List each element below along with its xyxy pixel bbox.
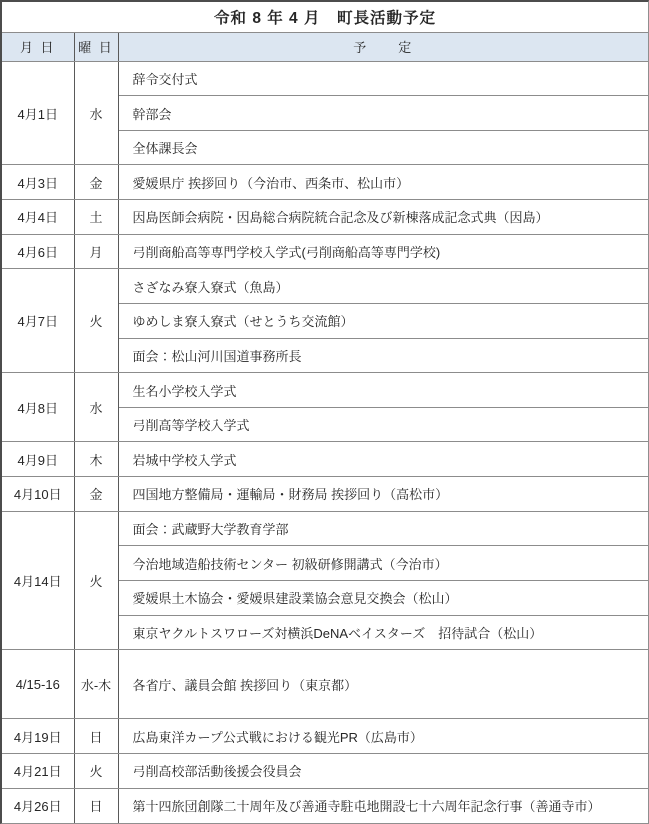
- schedule-item-cell: 四国地方整備局・運輸局・財務局 挨拶回り（高松市）: [118, 477, 648, 512]
- date-cell: 4月10日: [2, 477, 74, 512]
- schedule-item-cell: 面会：武蔵野大学教育学部: [118, 511, 648, 546]
- schedule-row: 4月1日水辞令交付式: [2, 61, 648, 96]
- schedule-item-cell: さざなみ寮入寮式（魚島）: [118, 269, 648, 304]
- day-of-week-cell: 月: [74, 234, 118, 269]
- schedule-row: 4月3日金愛媛県庁 挨拶回り（今治市、西条市、松山市）: [2, 165, 648, 200]
- day-of-week-cell: 火: [74, 269, 118, 373]
- schedule-item-cell: 因島医師会病院・因島総合病院統合記念及び新棟落成記念式典（因島）: [118, 200, 648, 235]
- column-header-day: 曜 日: [74, 33, 118, 62]
- schedule-item-cell: 弓削高等学校入学式: [118, 407, 648, 442]
- schedule-item-cell: 全体課長会: [118, 130, 648, 165]
- day-of-week-cell: 金: [74, 477, 118, 512]
- schedule-row: 4月10日金四国地方整備局・運輸局・財務局 挨拶回り（高松市）: [2, 477, 648, 512]
- schedule-item-cell: 東京ヤクルトスワローズ対横浜DeNAベイスターズ 招待試合（松山）: [118, 615, 648, 650]
- day-of-week-cell: 木: [74, 442, 118, 477]
- date-cell: 4月14日: [2, 511, 74, 650]
- date-cell: 4月9日: [2, 442, 74, 477]
- schedule-row: 4月14日火面会：武蔵野大学教育学部: [2, 511, 648, 546]
- schedule-row: 4月8日水生名小学校入学式: [2, 373, 648, 408]
- schedule-row: 4月9日木岩城中学校入学式: [2, 442, 648, 477]
- schedule-item-cell: 幹部会: [118, 96, 648, 131]
- schedule-item-cell: 今治地域造船技術センター 初級研修開講式（今治市）: [118, 546, 648, 581]
- date-cell: 4月7日: [2, 269, 74, 373]
- day-of-week-cell: 水: [74, 373, 118, 442]
- activity-schedule-table: 令和 8 年 4 月 町長活動予定 月 日 曜 日 予 定 4月1日水辞令交付式…: [2, 2, 648, 823]
- schedule-row: 4月4日土因島医師会病院・因島総合病院統合記念及び新棟落成記念式典（因島）: [2, 200, 648, 235]
- date-cell: 4月19日: [2, 719, 74, 754]
- schedule-item-cell: 弓削高校部活動後援会役員会: [118, 754, 648, 789]
- schedule-item-cell: 広島東洋カープ公式戦における観光PR（広島市）: [118, 719, 648, 754]
- schedule-row: 4月19日日広島東洋カープ公式戦における観光PR（広島市）: [2, 719, 648, 754]
- day-of-week-cell: 金: [74, 165, 118, 200]
- schedule-item-cell: 愛媛県土木協会・愛媛県建設業協会意見交換会（松山）: [118, 580, 648, 615]
- schedule-item-cell: 面会：松山河川国道事務所長: [118, 338, 648, 373]
- schedule-row: 4月6日月弓削商船高等専門学校入学式(弓削商船高等専門学校): [2, 234, 648, 269]
- date-cell: 4月3日: [2, 165, 74, 200]
- day-of-week-cell: 水: [74, 61, 118, 165]
- date-cell: 4月21日: [2, 754, 74, 789]
- column-header-schedule: 予 定: [118, 33, 648, 62]
- day-of-week-cell: 火: [74, 754, 118, 789]
- day-of-week-cell: 日: [74, 788, 118, 823]
- header-row: 月 日 曜 日 予 定: [2, 33, 648, 62]
- schedule-row: 4/15-16水-木各省庁、議員会館 挨拶回り（東京都）: [2, 650, 648, 719]
- schedule-row: 4月26日日第十四旅団創隊二十周年及び善通寺駐屯地開設七十六周年記念行事（善通寺…: [2, 788, 648, 823]
- schedule-item-cell: 第十四旅団創隊二十周年及び善通寺駐屯地開設七十六周年記念行事（善通寺市）: [118, 788, 648, 823]
- date-cell: 4月4日: [2, 200, 74, 235]
- schedule-item-cell: 弓削商船高等専門学校入学式(弓削商船高等専門学校): [118, 234, 648, 269]
- schedule-item-cell: 愛媛県庁 挨拶回り（今治市、西条市、松山市）: [118, 165, 648, 200]
- schedule-row: 4月21日火弓削高校部活動後援会役員会: [2, 754, 648, 789]
- schedule-item-cell: ゆめしま寮入寮式（せとうち交流館）: [118, 303, 648, 338]
- schedule-item-cell: 各省庁、議員会館 挨拶回り（東京都）: [118, 650, 648, 719]
- schedule-item-cell: 岩城中学校入学式: [118, 442, 648, 477]
- day-of-week-cell: 火: [74, 511, 118, 650]
- schedule-item-cell: 生名小学校入学式: [118, 373, 648, 408]
- day-of-week-cell: 水-木: [74, 650, 118, 719]
- column-header-date: 月 日: [2, 33, 74, 62]
- schedule-page: 令和 8 年 4 月 町長活動予定 月 日 曜 日 予 定 4月1日水辞令交付式…: [0, 0, 649, 824]
- date-cell: 4/15-16: [2, 650, 74, 719]
- date-cell: 4月26日: [2, 788, 74, 823]
- date-cell: 4月8日: [2, 373, 74, 442]
- day-of-week-cell: 日: [74, 719, 118, 754]
- date-cell: 4月1日: [2, 61, 74, 165]
- title-row: 令和 8 年 4 月 町長活動予定: [2, 2, 648, 33]
- schedule-item-cell: 辞令交付式: [118, 61, 648, 96]
- page-title: 令和 8 年 4 月 町長活動予定: [2, 2, 648, 33]
- date-cell: 4月6日: [2, 234, 74, 269]
- schedule-row: 4月7日火さざなみ寮入寮式（魚島）: [2, 269, 648, 304]
- day-of-week-cell: 土: [74, 200, 118, 235]
